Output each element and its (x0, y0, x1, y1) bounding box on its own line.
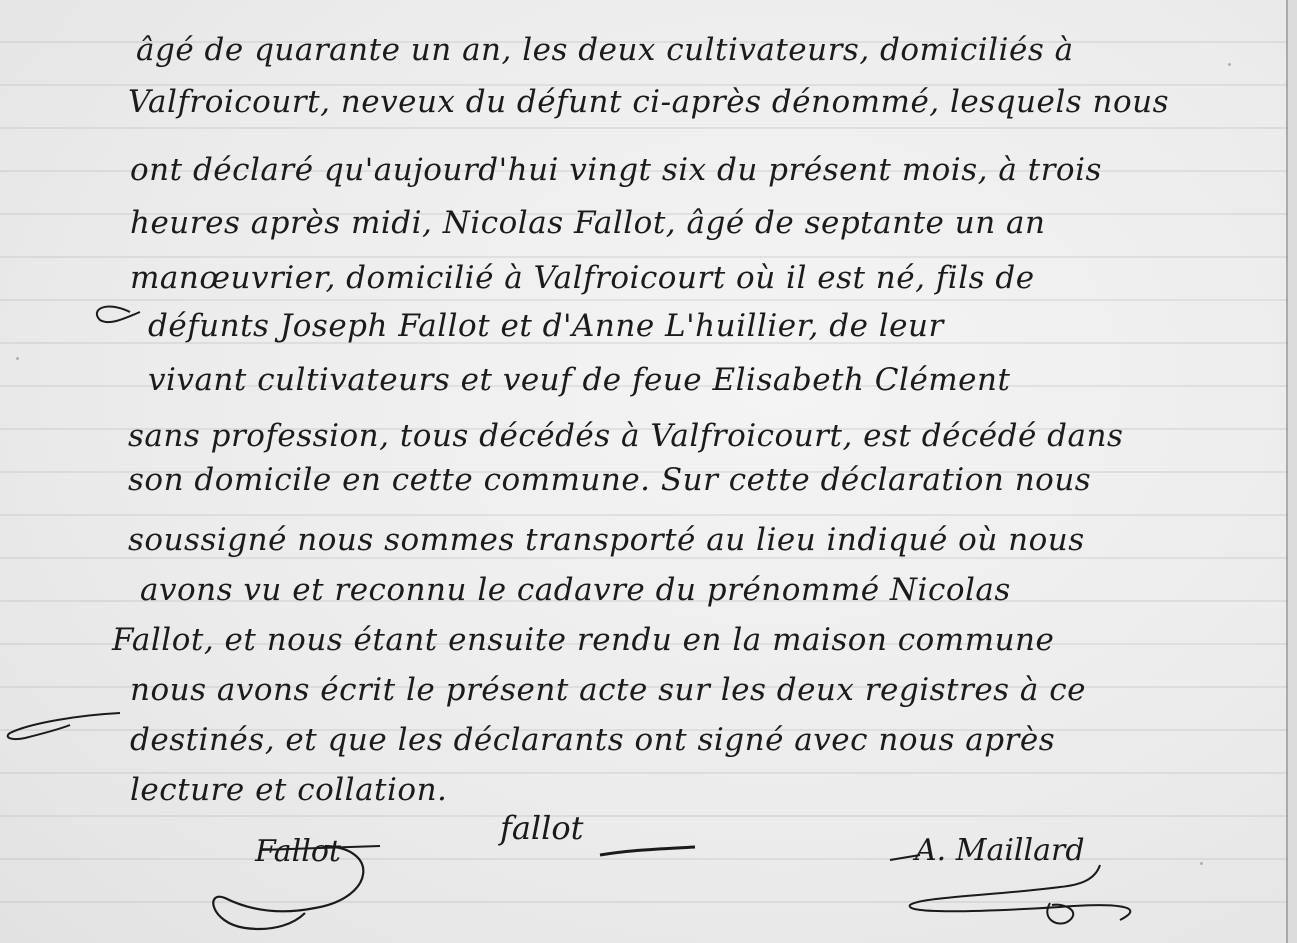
signature-paraph-icon (880, 825, 1170, 935)
record-line-7: vivant cultivateurs et veuf de feue Elis… (148, 350, 1010, 410)
scan-background (1288, 0, 1297, 943)
record-line-text: vivant cultivateurs et veuf de feue Elis… (148, 350, 1010, 410)
signature-center: fallot (480, 805, 710, 885)
manuscript-page: âgé de quarante un an, les deux cultivat… (0, 0, 1297, 943)
record-line-text: défunts Joseph Fallot et d'Anne L'huilli… (148, 296, 944, 356)
margin-flourish-icon (0, 705, 130, 745)
signature-right: A. Maillard (880, 825, 1170, 935)
paper-speck (1200, 862, 1203, 865)
record-line-6: défunts Joseph Fallot et d'Anne L'huilli… (148, 296, 944, 356)
record-line-3: ont déclaré qu'aujourd'hui vingt six du … (130, 140, 1102, 200)
record-line-9: son domicile en cette commune. Sur cette… (128, 450, 1091, 510)
record-line-text: Valfroicourt, neveux du défunt ci-après … (128, 72, 1169, 132)
record-line-text: ont déclaré qu'aujourd'hui vingt six du … (130, 140, 1102, 200)
signature-underline-icon (480, 805, 710, 885)
record-line-text: heures après midi, Nicolas Fallot, âgé d… (130, 193, 1045, 253)
signature-left: Fallot (205, 828, 385, 938)
record-line-text: âgé de quarante un an, les deux cultivat… (136, 20, 1074, 80)
record-line-text: lecture et collation. (130, 760, 447, 820)
record-line-2: Valfroicourt, neveux du défunt ci-après … (128, 72, 1169, 132)
record-line-text: son domicile en cette commune. Sur cette… (128, 450, 1091, 510)
paper-speck (16, 357, 19, 360)
signature-flourish-icon (205, 828, 385, 938)
record-line-4: heures après midi, Nicolas Fallot, âgé d… (130, 193, 1045, 253)
paper-speck (1228, 63, 1231, 66)
record-line-15: lecture et collation. (130, 760, 447, 820)
record-line-1: âgé de quarante un an, les deux cultivat… (136, 20, 1074, 80)
